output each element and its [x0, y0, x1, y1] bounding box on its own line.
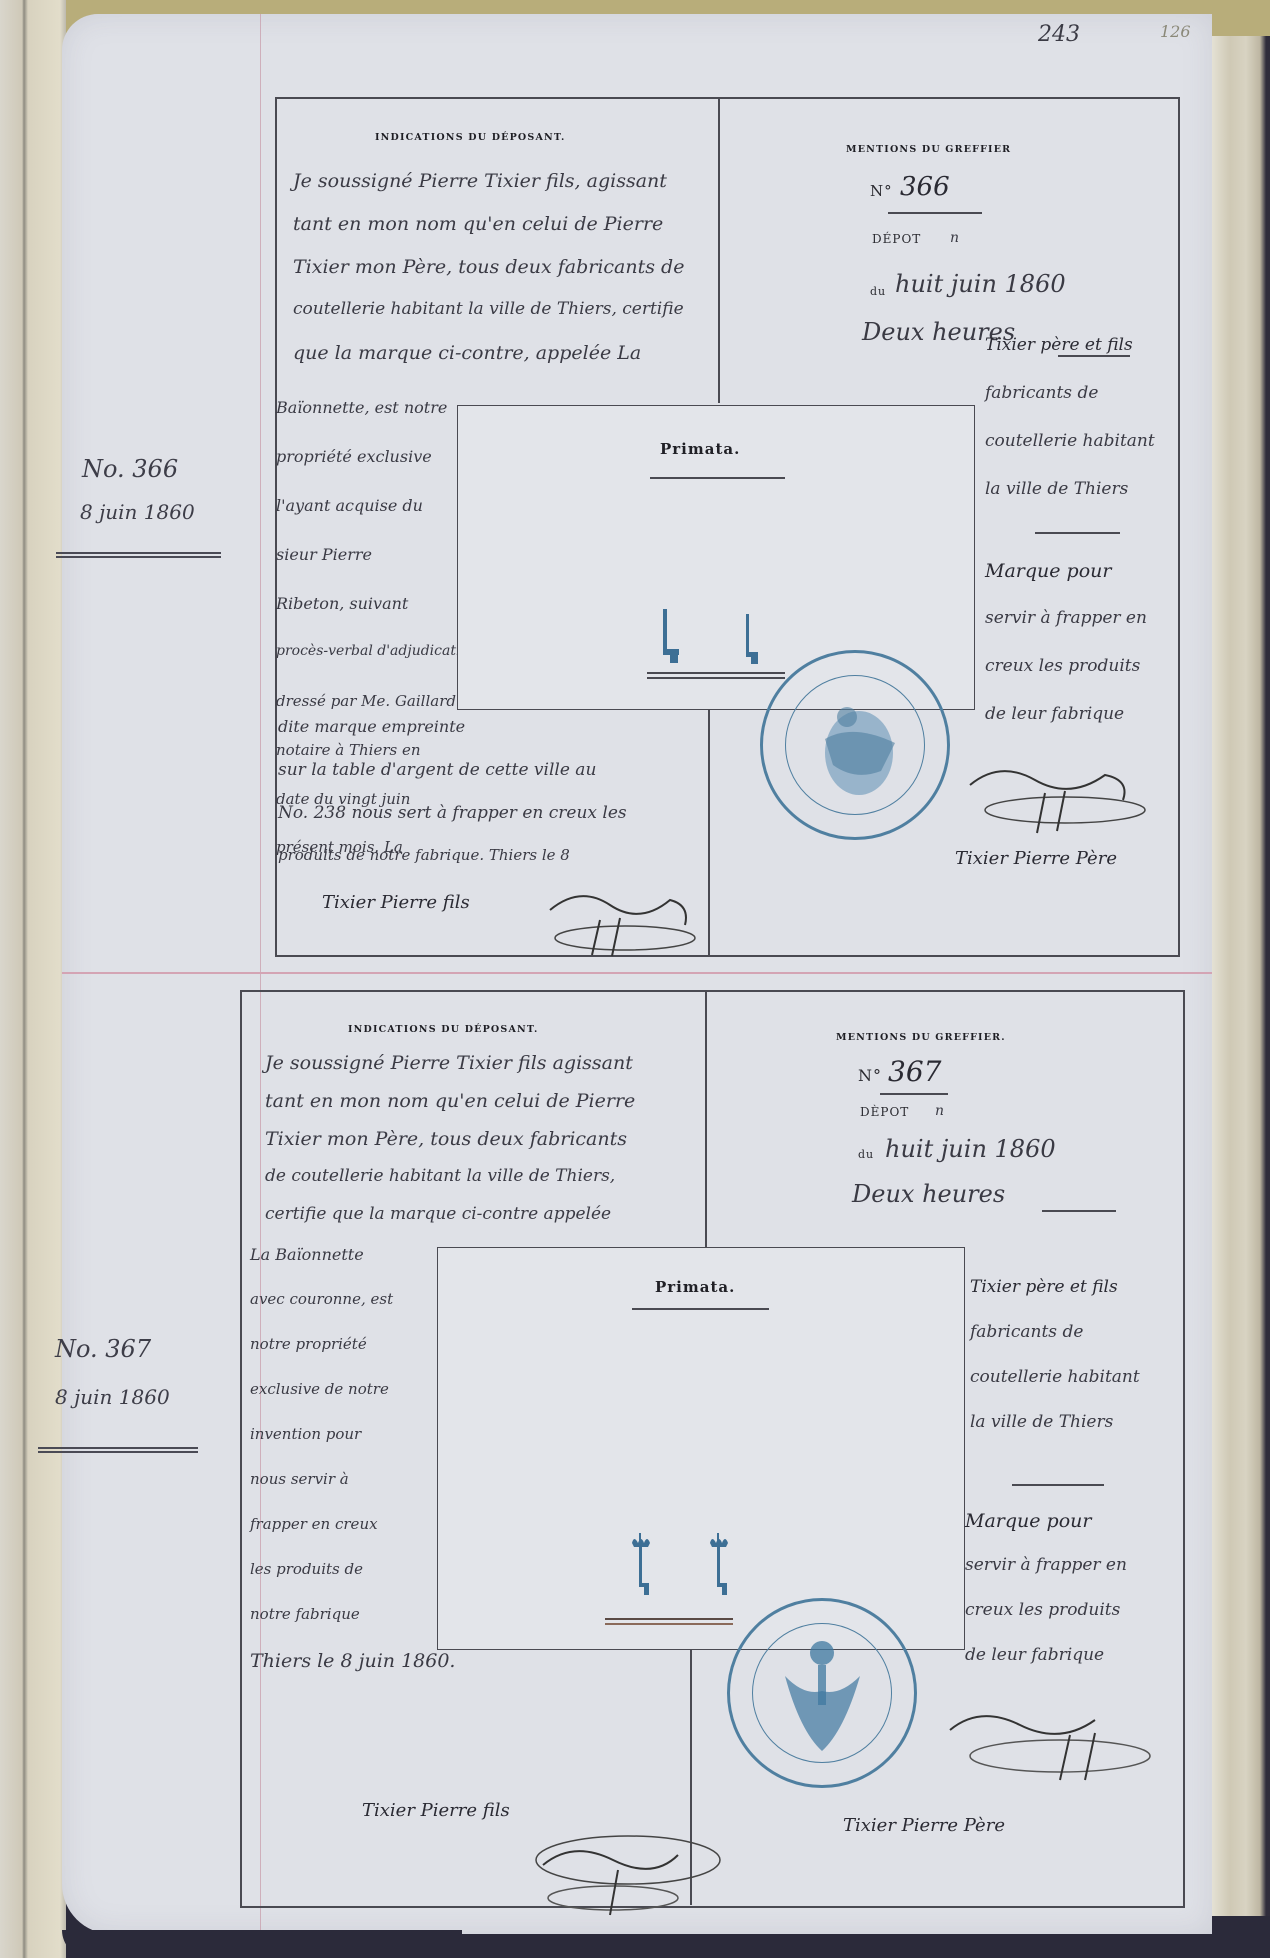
greffier-line: creux les produits [985, 656, 1140, 676]
greffier-line: la ville de Thiers [970, 1412, 1113, 1432]
column-divider-top [705, 991, 707, 1247]
greffier-line: Tixier père et fils [985, 335, 1133, 355]
deposit-date: huit juin 1860 [895, 270, 1066, 298]
deposant-line: Tixier mon Père, tous deux fabricants de [293, 256, 684, 278]
depot-label: DÉPOT [872, 232, 921, 246]
deposant-header: INDICATIONS DU DÉPOSANT. [348, 1024, 538, 1035]
deposant-line: Thiers le 8 juin 1860. [250, 1650, 455, 1672]
hour-dash [1058, 355, 1130, 357]
deposant-line: sur la table d'argent de cette ville au [278, 760, 596, 780]
bayonet-mark-icon [655, 605, 685, 667]
greffier-line: Marque pour [965, 1510, 1091, 1532]
margin-entry-number: No. 366 [82, 455, 178, 483]
deposant-header: INDICATIONS DU DÉPOSANT. [375, 132, 565, 143]
crowned-eagle-emblem-icon [730, 1601, 914, 1785]
deposant-line: tant en mon nom qu'en celui de Pierre [265, 1090, 635, 1112]
folio-secondary: 126 [1160, 22, 1191, 41]
deposant-line: propriété exclusive [276, 447, 432, 466]
deposant-line: sieur Pierre [276, 545, 372, 564]
greffier-line: creux les produits [965, 1600, 1120, 1620]
margin-double-line [56, 552, 221, 558]
deposant-line: notaire à Thiers en [276, 741, 421, 759]
primata-underline [650, 477, 785, 479]
greffier-line: de leur fabrique [985, 704, 1124, 724]
deposant-line: Ribeton, suivant [276, 594, 408, 613]
tribunal-stamp [727, 1598, 917, 1788]
margin-double-line [38, 1447, 198, 1453]
greffier-line: la ville de Thiers [985, 479, 1128, 499]
deposant-line: La Baïonnette [250, 1245, 364, 1264]
deposant-line: frapper en creux [250, 1515, 378, 1533]
primata-label: Primata. [655, 1278, 735, 1296]
greffier-line: fabricants de [985, 383, 1098, 403]
paraph-signature-icon [528, 1830, 728, 1920]
deposant-line: exclusive de notre [250, 1380, 389, 1398]
deposant-line: que la marque ci-contre, appelée La [293, 342, 641, 364]
book-cover-bottom [62, 1930, 462, 1958]
column-divider-top [718, 98, 720, 403]
deposant-line: procès-verbal d'adjudication [276, 643, 478, 659]
deposant-signature: Tixier Pierre fils [322, 892, 470, 913]
margin-entry-number: No. 367 [55, 1335, 151, 1363]
deposant-line: notre fabrique [250, 1605, 360, 1623]
book-binding-left [0, 0, 66, 1958]
crowned-bayonet-mark-icon [704, 1533, 734, 1601]
deposant-line: Je soussigné Pierre Tixier fils agissant [265, 1052, 633, 1074]
greffier-header: MENTIONS DU GREFFIER. [836, 1032, 1006, 1043]
depot-mark: n [935, 1103, 944, 1119]
deposant-line: produits de notre fabrique. Thiers le 8 [278, 846, 570, 864]
primata-label: Primata. [660, 440, 740, 458]
depot-label: DÈPOT [860, 1105, 909, 1119]
du-label: du [858, 1148, 874, 1161]
greffier-line: coutellerie habitant [970, 1367, 1140, 1387]
margin-entry-date: 8 juin 1860 [80, 500, 195, 524]
greffier-line: Tixier père et fils [970, 1277, 1118, 1297]
number-label: N° [858, 1066, 882, 1085]
folio-number: 243 [1038, 22, 1080, 47]
hour-dash [1042, 1210, 1116, 1212]
number-underline [888, 212, 982, 214]
deposant-line: invention pour [250, 1425, 361, 1443]
greffier-line: servir à frapper en [985, 608, 1147, 628]
greffier-line: Marque pour [985, 560, 1111, 582]
eagle-emblem-icon [763, 653, 947, 837]
number-underline [880, 1093, 948, 1095]
deposant-line: Baïonnette, est notre [276, 398, 447, 417]
deposant-line: Tixier mon Père, tous deux fabricants [265, 1128, 627, 1150]
deposant-line: tant en mon nom qu'en celui de Pierre [293, 213, 663, 235]
primata-underline [632, 1308, 769, 1310]
du-label: du [870, 285, 886, 298]
deposit-number: 366 [900, 172, 950, 202]
greffier-line: de leur fabrique [965, 1645, 1104, 1665]
greffier-line: coutellerie habitant [985, 431, 1155, 451]
crowned-bayonet-mark-icon [626, 1533, 656, 1601]
tribunal-stamp [760, 650, 950, 840]
deposit-date: huit juin 1860 [885, 1135, 1056, 1163]
greffier-separator [1035, 532, 1120, 534]
deposant-line: notre propriété [250, 1335, 367, 1353]
greffier-signature: Tixier Pierre Père [955, 848, 1117, 869]
greffier-signature: Tixier Pierre Père [843, 1815, 1005, 1836]
mark-double-underline [605, 1618, 733, 1620]
deposant-line: avec couronne, est [250, 1290, 393, 1308]
number-label: N° [870, 182, 893, 200]
deposant-line: Je soussigné Pierre Tixier fils, agissan… [293, 170, 667, 192]
greffier-header: MENTIONS DU GREFFIER [846, 144, 1011, 155]
deposit-hour: Deux heures [852, 1180, 1005, 1208]
deposant-line: dressé par Me. Gaillard [276, 692, 456, 710]
greffier-separator [1012, 1484, 1104, 1486]
entry-separator-rule [62, 972, 1212, 974]
deposant-line: de coutellerie habitant la ville de Thie… [265, 1166, 615, 1186]
paraph-signature-icon [920, 1700, 1160, 1790]
deposit-number: 367 [888, 1055, 941, 1088]
deposant-line: les produits de [250, 1560, 363, 1578]
paraph-signature-icon [955, 755, 1155, 835]
deposant-line: nous servir à [250, 1470, 349, 1488]
paraph-signature-icon [540, 880, 710, 960]
depot-mark: n [950, 230, 959, 246]
deposant-signature: Tixier Pierre fils [362, 1800, 510, 1821]
margin-entry-date: 8 juin 1860 [55, 1385, 170, 1409]
deposant-line: dite marque empreinte [278, 717, 465, 736]
deposant-line: No. 238 nous sert à frapper en creux les [278, 803, 627, 823]
deposant-line: certifie que la marque ci-contre appelée [265, 1204, 611, 1224]
greffier-line: fabricants de [970, 1322, 1083, 1342]
deposant-line: coutellerie habitant la ville de Thiers,… [293, 299, 684, 319]
greffier-line: servir à frapper en [965, 1555, 1127, 1575]
deposant-line: l'ayant acquise du [276, 496, 423, 515]
